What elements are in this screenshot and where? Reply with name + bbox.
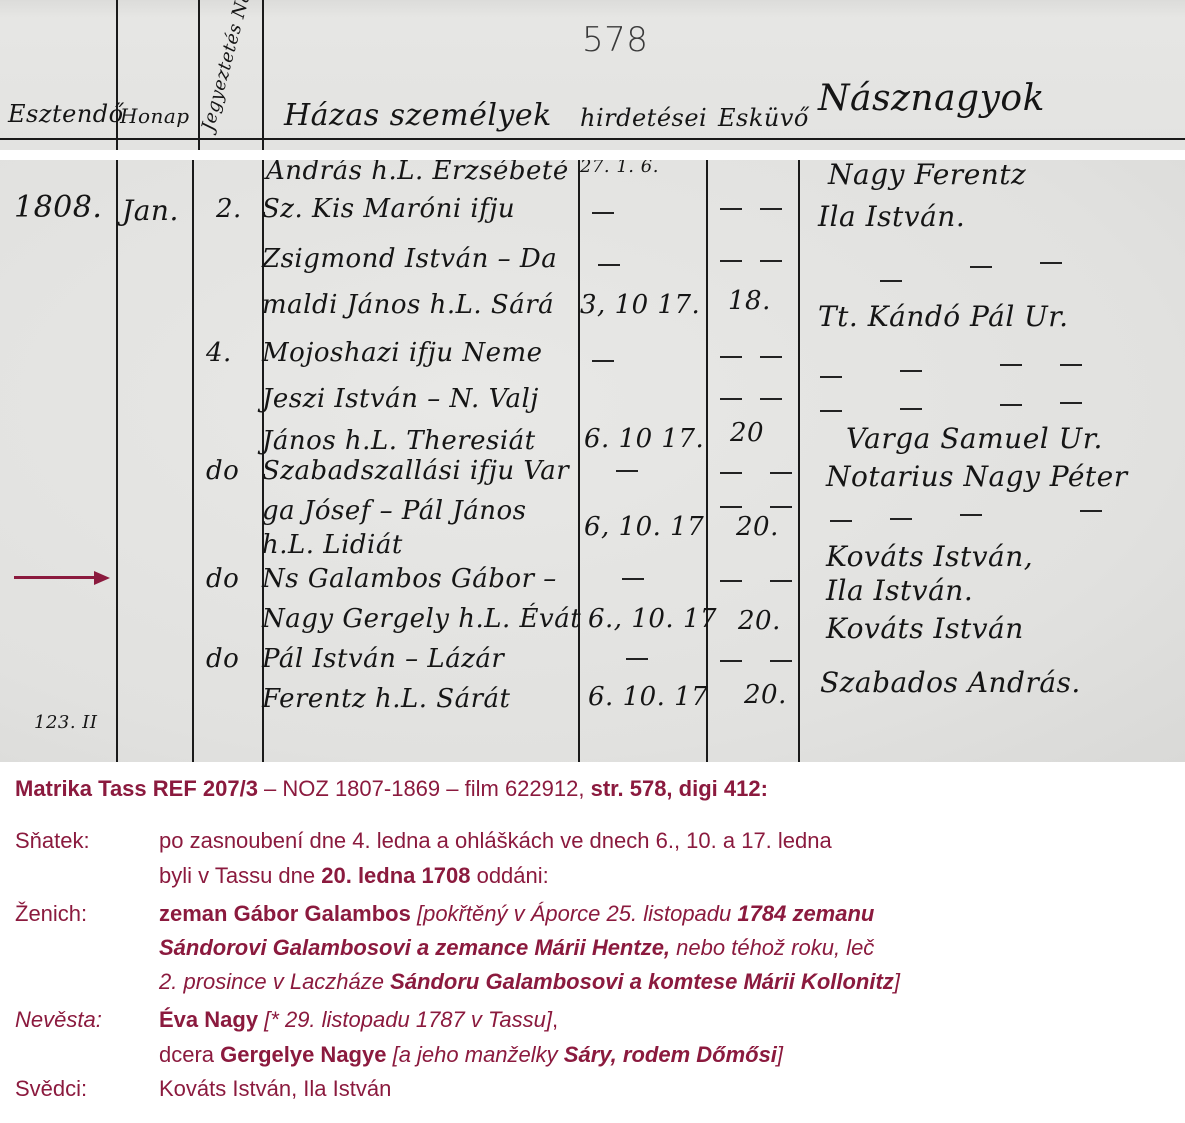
banns-text: 6. 10 17. (584, 424, 704, 454)
margin-note: 123. II (34, 712, 98, 733)
couple-text: Nagy Gergely h.L. Évát (262, 604, 581, 634)
ditto-dash (760, 208, 782, 210)
day-text: do (206, 644, 239, 674)
header-month: Honap (120, 104, 190, 128)
couple-text: Jeszi István – N. Valj (262, 384, 539, 414)
arrow-shaft (14, 576, 100, 579)
header-couple: Házas személyek (284, 98, 552, 133)
wedding-day-text: 20. (738, 606, 781, 636)
witness-text: Kováts István, (826, 540, 1033, 573)
groom-note-emph: 1784 zemanu (737, 901, 874, 926)
citation-page: str. 578, digi 412: (591, 776, 768, 801)
marriage-line-2: byli v Tassu dne 20. ledna 1708 oddáni: (15, 861, 549, 891)
ditto-dash (760, 356, 782, 358)
bride-label: Nevěsta: (15, 1005, 159, 1035)
entry-year: 1808. (14, 190, 102, 225)
column-divider (578, 160, 580, 762)
ditto-dash (880, 280, 902, 282)
bride-line-1: Nevěsta:Éva Nagy [* 29. listopadu 1787 v… (15, 1005, 558, 1035)
marriage-text: oddáni: (470, 863, 548, 888)
witness-text: Varga Samuel Ur. (846, 422, 1103, 455)
ditto-dash (900, 408, 922, 410)
ditto-dash (592, 212, 614, 214)
bride-name: Éva Nagy (159, 1007, 258, 1032)
bride-mother: Sáry, rodem Dőmősi (564, 1042, 777, 1067)
groom-note: 2. prosince v Laczháze (159, 969, 390, 994)
ditto-dash (760, 398, 782, 400)
ditto-dash (1000, 364, 1022, 366)
bride-note: ] (777, 1042, 783, 1067)
witness-text: Szabados András. (820, 666, 1081, 699)
ditto-dash (720, 506, 742, 508)
ditto-dash (1000, 404, 1022, 406)
header-day: Jegyeztetés Napja (198, 0, 263, 133)
couple-text: Ferentz h.L. Sárát (262, 684, 510, 714)
groom-parents-alt: Sándoru Galambosovi a komtese Márii Koll… (390, 969, 894, 994)
column-divider (192, 160, 194, 762)
couple-text: Ns Galambos Gábor – (262, 564, 557, 594)
ditto-dash (720, 580, 742, 582)
column-divider (262, 0, 264, 150)
header-year: Esztendő (8, 100, 124, 128)
banns-text: 3, 10 17. (580, 290, 700, 320)
marriage-text: byli v Tassu dne (159, 863, 321, 888)
couple-text: h.L. Lidiát (262, 530, 403, 560)
ditto-dash (900, 370, 922, 372)
bride-note: [a jeho manželky (386, 1042, 563, 1067)
wedding-day-text: 18. (728, 286, 771, 316)
ditto-dash (820, 376, 842, 378)
day-text: do (206, 564, 239, 594)
ditto-dash (598, 264, 620, 266)
ditto-dash (770, 472, 792, 474)
couple-text: Sz. Kis Maróni ifju (262, 194, 515, 224)
groom-name: zeman Gábor Galambos (159, 901, 411, 926)
witnesses-value: Kováts István, Ila István (159, 1076, 391, 1101)
ditto-dash (720, 472, 742, 474)
day-text: 2. (216, 194, 242, 224)
header-rule (0, 138, 1185, 140)
couple-text: ga Jósef – Pál János (262, 496, 526, 526)
citation-film: – NOZ 1807-1869 – film 622912, (258, 776, 591, 801)
couple-text: Szabadszallási ifju Var (262, 456, 569, 486)
bride-father: Gergelye Nagye (220, 1042, 386, 1067)
witnesses-line: Svědci:Kováts István, Ila István (15, 1074, 391, 1104)
wedding-day-text: 20 (730, 418, 764, 448)
witness-text: Ila István. (818, 200, 965, 233)
banns-text: 6, 10. 17 (584, 512, 704, 542)
bride-note: , (552, 1007, 558, 1032)
ditto-dash (622, 578, 644, 580)
ditto-dash (770, 660, 792, 662)
groom-note: ] (894, 969, 900, 994)
arrow-head (94, 571, 110, 585)
ditto-dash (1040, 262, 1062, 264)
ditto-dash (720, 208, 742, 210)
bride-text: dcera (159, 1042, 220, 1067)
header-witnesses: Násznagyok (818, 78, 1045, 119)
witness-text: Tt. Kándó Pál Ur. (818, 300, 1069, 333)
ditto-dash (720, 660, 742, 662)
ditto-dash (1080, 510, 1102, 512)
witness-text: Nagy Ferentz (828, 160, 1026, 191)
witness-text: Ila István. (826, 574, 973, 607)
ditto-dash (616, 470, 638, 472)
witnesses-label: Svědci: (15, 1074, 159, 1104)
banns-text: 6., 10. 17 (588, 604, 717, 634)
ditto-dash (770, 580, 792, 582)
couple-text: András h.L. Erzsébeté (266, 160, 569, 186)
column-divider (116, 160, 118, 762)
couple-text: János h.L. Theresiát (262, 426, 536, 456)
register-header-scan: 578 Esztendő Honap Jegyeztetés Napja Ház… (0, 0, 1185, 150)
entry-month: Jan. (122, 194, 179, 227)
page-number: 578 (582, 20, 648, 60)
groom-note: nebo téhož roku, leč (670, 935, 874, 960)
wedding-day-text: 20. (744, 680, 787, 710)
source-citation: Matrika Tass REF 207/3 – NOZ 1807-1869 –… (15, 776, 768, 802)
groom-note: [pokřtěný v Áporce 25. listopadu (411, 901, 738, 926)
scan-separator (0, 150, 1185, 160)
couple-text: Pál István – Lázár (262, 644, 504, 674)
couple-text: maldi János h.L. Sárá (262, 290, 554, 320)
column-divider (798, 160, 800, 762)
header-banns: hirdetései (580, 104, 707, 132)
wedding-day-text: 20. (736, 512, 779, 542)
bride-line-2: dcera Gergelye Nagye [a jeho manželky Sá… (15, 1040, 783, 1070)
groom-label: Ženich: (15, 899, 159, 929)
day-text: 4. (206, 338, 232, 368)
column-divider (706, 160, 708, 762)
ditto-dash (720, 356, 742, 358)
groom-parents: Sándorovi Galambosovi a zemance Márii He… (159, 935, 670, 960)
ditto-dash (720, 260, 742, 262)
header-wedding: Esküvő (718, 104, 809, 132)
couple-text: Zsigmond István – Da (262, 244, 557, 274)
groom-line-1: Ženich:zeman Gábor Galambos [pokřtěný v … (15, 899, 874, 929)
groom-line-2: Sándorovi Galambosovi a zemance Márii He… (15, 933, 874, 963)
groom-line-3: 2. prosince v Laczháze Sándoru Galamboso… (15, 967, 900, 997)
ditto-dash (1060, 402, 1082, 404)
register-body-scan: 1808. Jan. András h.L. Erzsébeté 27. 1. … (0, 160, 1185, 762)
bride-note: [* 29. listopadu 1787 v Tassu] (258, 1007, 552, 1032)
citation-register: Matrika Tass REF 207/3 (15, 776, 258, 801)
ditto-dash (720, 398, 742, 400)
banns-text: 27. 1. 6. (580, 160, 659, 177)
couple-text: Mojoshazi ifju Neme (262, 338, 543, 368)
ditto-dash (592, 360, 614, 362)
witness-text: Notarius Nagy Péter (826, 460, 1128, 493)
highlight-arrow-icon (14, 572, 114, 584)
ditto-dash (760, 260, 782, 262)
ditto-dash (820, 410, 842, 412)
day-text: do (206, 456, 239, 486)
marriage-line-1: Sňatek:po zasnoubení dne 4. ledna a ohlá… (15, 826, 832, 856)
ditto-dash (960, 514, 982, 516)
ditto-dash (770, 506, 792, 508)
banns-text: 6. 10. 17 (588, 682, 708, 712)
ditto-dash (830, 520, 852, 522)
ditto-dash (890, 518, 912, 520)
ditto-dash (970, 266, 992, 268)
ditto-dash (626, 658, 648, 660)
marriage-text: po zasnoubení dne 4. ledna a ohláškách v… (159, 828, 832, 853)
marriage-label: Sňatek: (15, 826, 159, 856)
marriage-date: 20. ledna 1708 (321, 863, 470, 888)
witness-text: Kováts István (826, 612, 1024, 645)
ditto-dash (1060, 364, 1082, 366)
